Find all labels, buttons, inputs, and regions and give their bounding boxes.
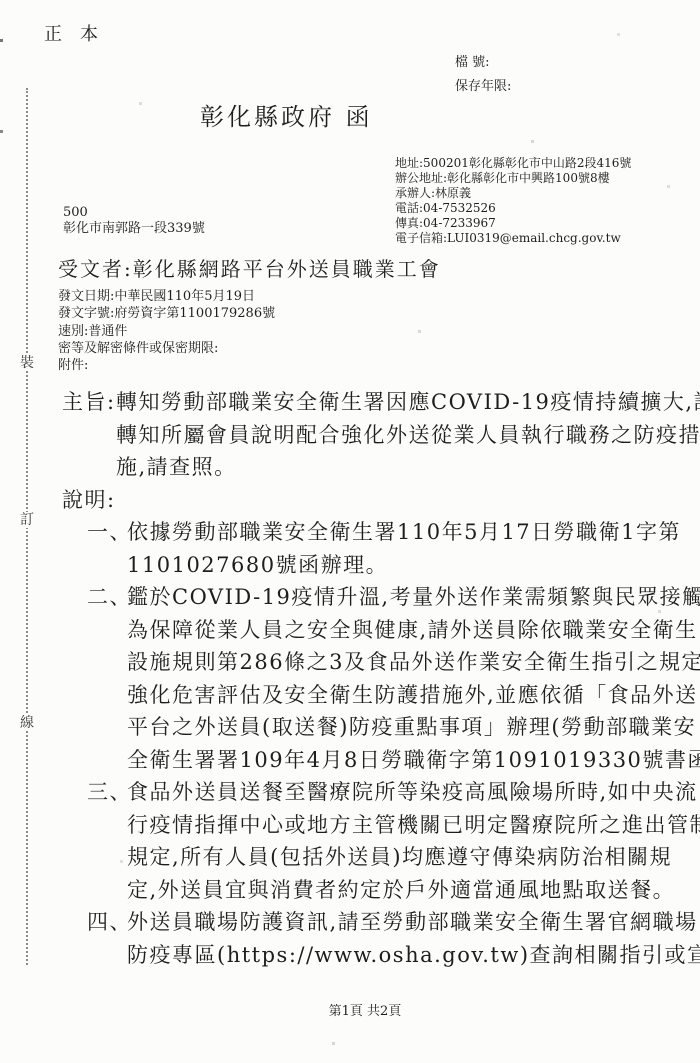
scanned-letter-page: 裝 訂 線 正本 檔 號: 保存年限: 彰化縣政府 函 地址:500201彰化縣… [0, 0, 700, 1063]
item-line: 強化危害評估及安全衛生防護措施外,並應依循「食品外送 [127, 679, 700, 712]
attachment-line: 附件: [58, 357, 275, 374]
subject-label: 主旨: [62, 386, 116, 419]
copy-type-label: 正本 [44, 20, 116, 46]
contact-person-line: 承辦人:林原義 [395, 186, 631, 201]
explanation-item-4: 四、 外送員職場防護資訊,請至勞動部職業安全衛生署官網職場 防疫專區(https… [0, 906, 700, 971]
item-line: 為保障從業人員之安全與健康,請外送員除依職業安全衛生 [127, 614, 700, 647]
sender-address-line: 地址:500201彰化縣彰化市中山路2段416號 [395, 156, 631, 171]
item-line: 依據勞動部職業安全衛生署110年5月17日勞職衛1字第 [127, 516, 700, 549]
explanation-item-1: 一、 依據勞動部職業安全衛生署110年5月17日勞職衛1字第 110102768… [0, 516, 700, 581]
document-title: 彰化縣政府 函 [200, 97, 373, 132]
recipient-postal-block: 500 彰化市南郭路一段339號 [63, 205, 205, 237]
item-number: 三、 [87, 776, 132, 809]
item-line: 規定,所有人員(包括外送員)均應遵守傳染病防治相關規 [127, 841, 700, 874]
email-line: 電子信箱:LUI0319@email.chcg.gov.tw [395, 231, 631, 246]
letter-body: 主旨: 轉知勞動部職業安全衛生署因應COVID-19疫情持續擴大,請 轉知所屬會… [0, 386, 700, 971]
explanation-label: 說明: [62, 484, 700, 517]
recipient-line: 受文者:彰化縣網路平台外送員職業工會 [58, 253, 441, 282]
issue-date-line: 發文日期:中華民國110年5月19日 [58, 288, 275, 305]
item-line: 外送員職場防護資訊,請至勞動部職業安全衛生署官網職場 [127, 906, 700, 939]
fax-line: 傳真:04-7233967 [395, 216, 631, 231]
item-number: 四、 [87, 906, 132, 939]
retention-period-label: 保存年限: [455, 75, 511, 94]
page-footer: 第1頁 共2頁 [0, 1000, 700, 1019]
item-line: 食品外送員送餐至醫療院所等染疫高風險場所時,如中央流 [127, 776, 700, 809]
subject-section: 主旨: 轉知勞動部職業安全衛生署因應COVID-19疫情持續擴大,請 轉知所屬會… [0, 386, 700, 484]
explanation-item-2: 二、 鑑於COVID-19疫情升溫,考量外送作業需頻繁與民眾接觸, 為保障從業人… [0, 581, 700, 776]
issue-number-line: 發文字號:府勞資字第1100179286號 [58, 305, 275, 322]
recipient-zip: 500 [63, 205, 205, 221]
recipient-street: 彰化市南郭路一段339號 [63, 221, 205, 237]
sender-contact-block: 地址:500201彰化縣彰化市中山路2段416號 辦公地址:彰化縣彰化市中興路1… [395, 156, 631, 246]
item-line: 平台之外送員(取送餐)防疫重點事項」辦理(勞動部職業安 [127, 711, 700, 744]
item-line: 全衛生署署109年4月8日勞職衛字第1091019330號書函諒達)。 [127, 744, 700, 777]
item-number: 二、 [87, 581, 132, 614]
file-number-label: 檔 號: [455, 51, 490, 70]
item-line: 防疫專區(https://www.osha.gov.tw)查詢相關指引或宣導 [127, 939, 700, 972]
item-line: 1101027680號函辦理。 [127, 549, 700, 582]
subject-line: 施,請查照。 [116, 451, 700, 484]
item-line: 定,外送員宜與消費者約定於戶外適當通風地點取送餐。 [127, 874, 700, 907]
subject-line: 轉知勞動部職業安全衛生署因應COVID-19疫情持續擴大,請 [116, 386, 700, 419]
item-line: 鑑於COVID-19疫情升溫,考量外送作業需頻繁與民眾接觸, [127, 581, 700, 614]
sender-office-address-line: 辦公地址:彰化縣彰化市中興路100號8樓 [395, 171, 631, 186]
item-number: 一、 [87, 516, 132, 549]
binding-mark-zhuang: 裝 [18, 355, 36, 371]
explanation-item-3: 三、 食品外送員送餐至醫療院所等染疫高風險場所時,如中央流 行疫情指揮中心或地方… [0, 776, 700, 906]
item-line: 設施規則第286條之3及食品外送作業安全衛生指引之規定, [127, 646, 700, 679]
security-class-line: 密等及解密條件或保密期限: [58, 340, 275, 357]
scan-noise [0, 0, 1, 1]
phone-line: 電話:04-7532526 [395, 201, 631, 216]
subject-line: 轉知所屬會員說明配合強化外送從業人員執行職務之防疫措 [116, 419, 700, 452]
speed-class-line: 速別:普通件 [58, 323, 275, 340]
document-meta-block: 發文日期:中華民國110年5月19日 發文字號:府勞資字第1100179286號… [58, 288, 275, 374]
item-line: 行疫情指揮中心或地方主管機關已明定醫療院所之進出管制 [127, 809, 700, 842]
